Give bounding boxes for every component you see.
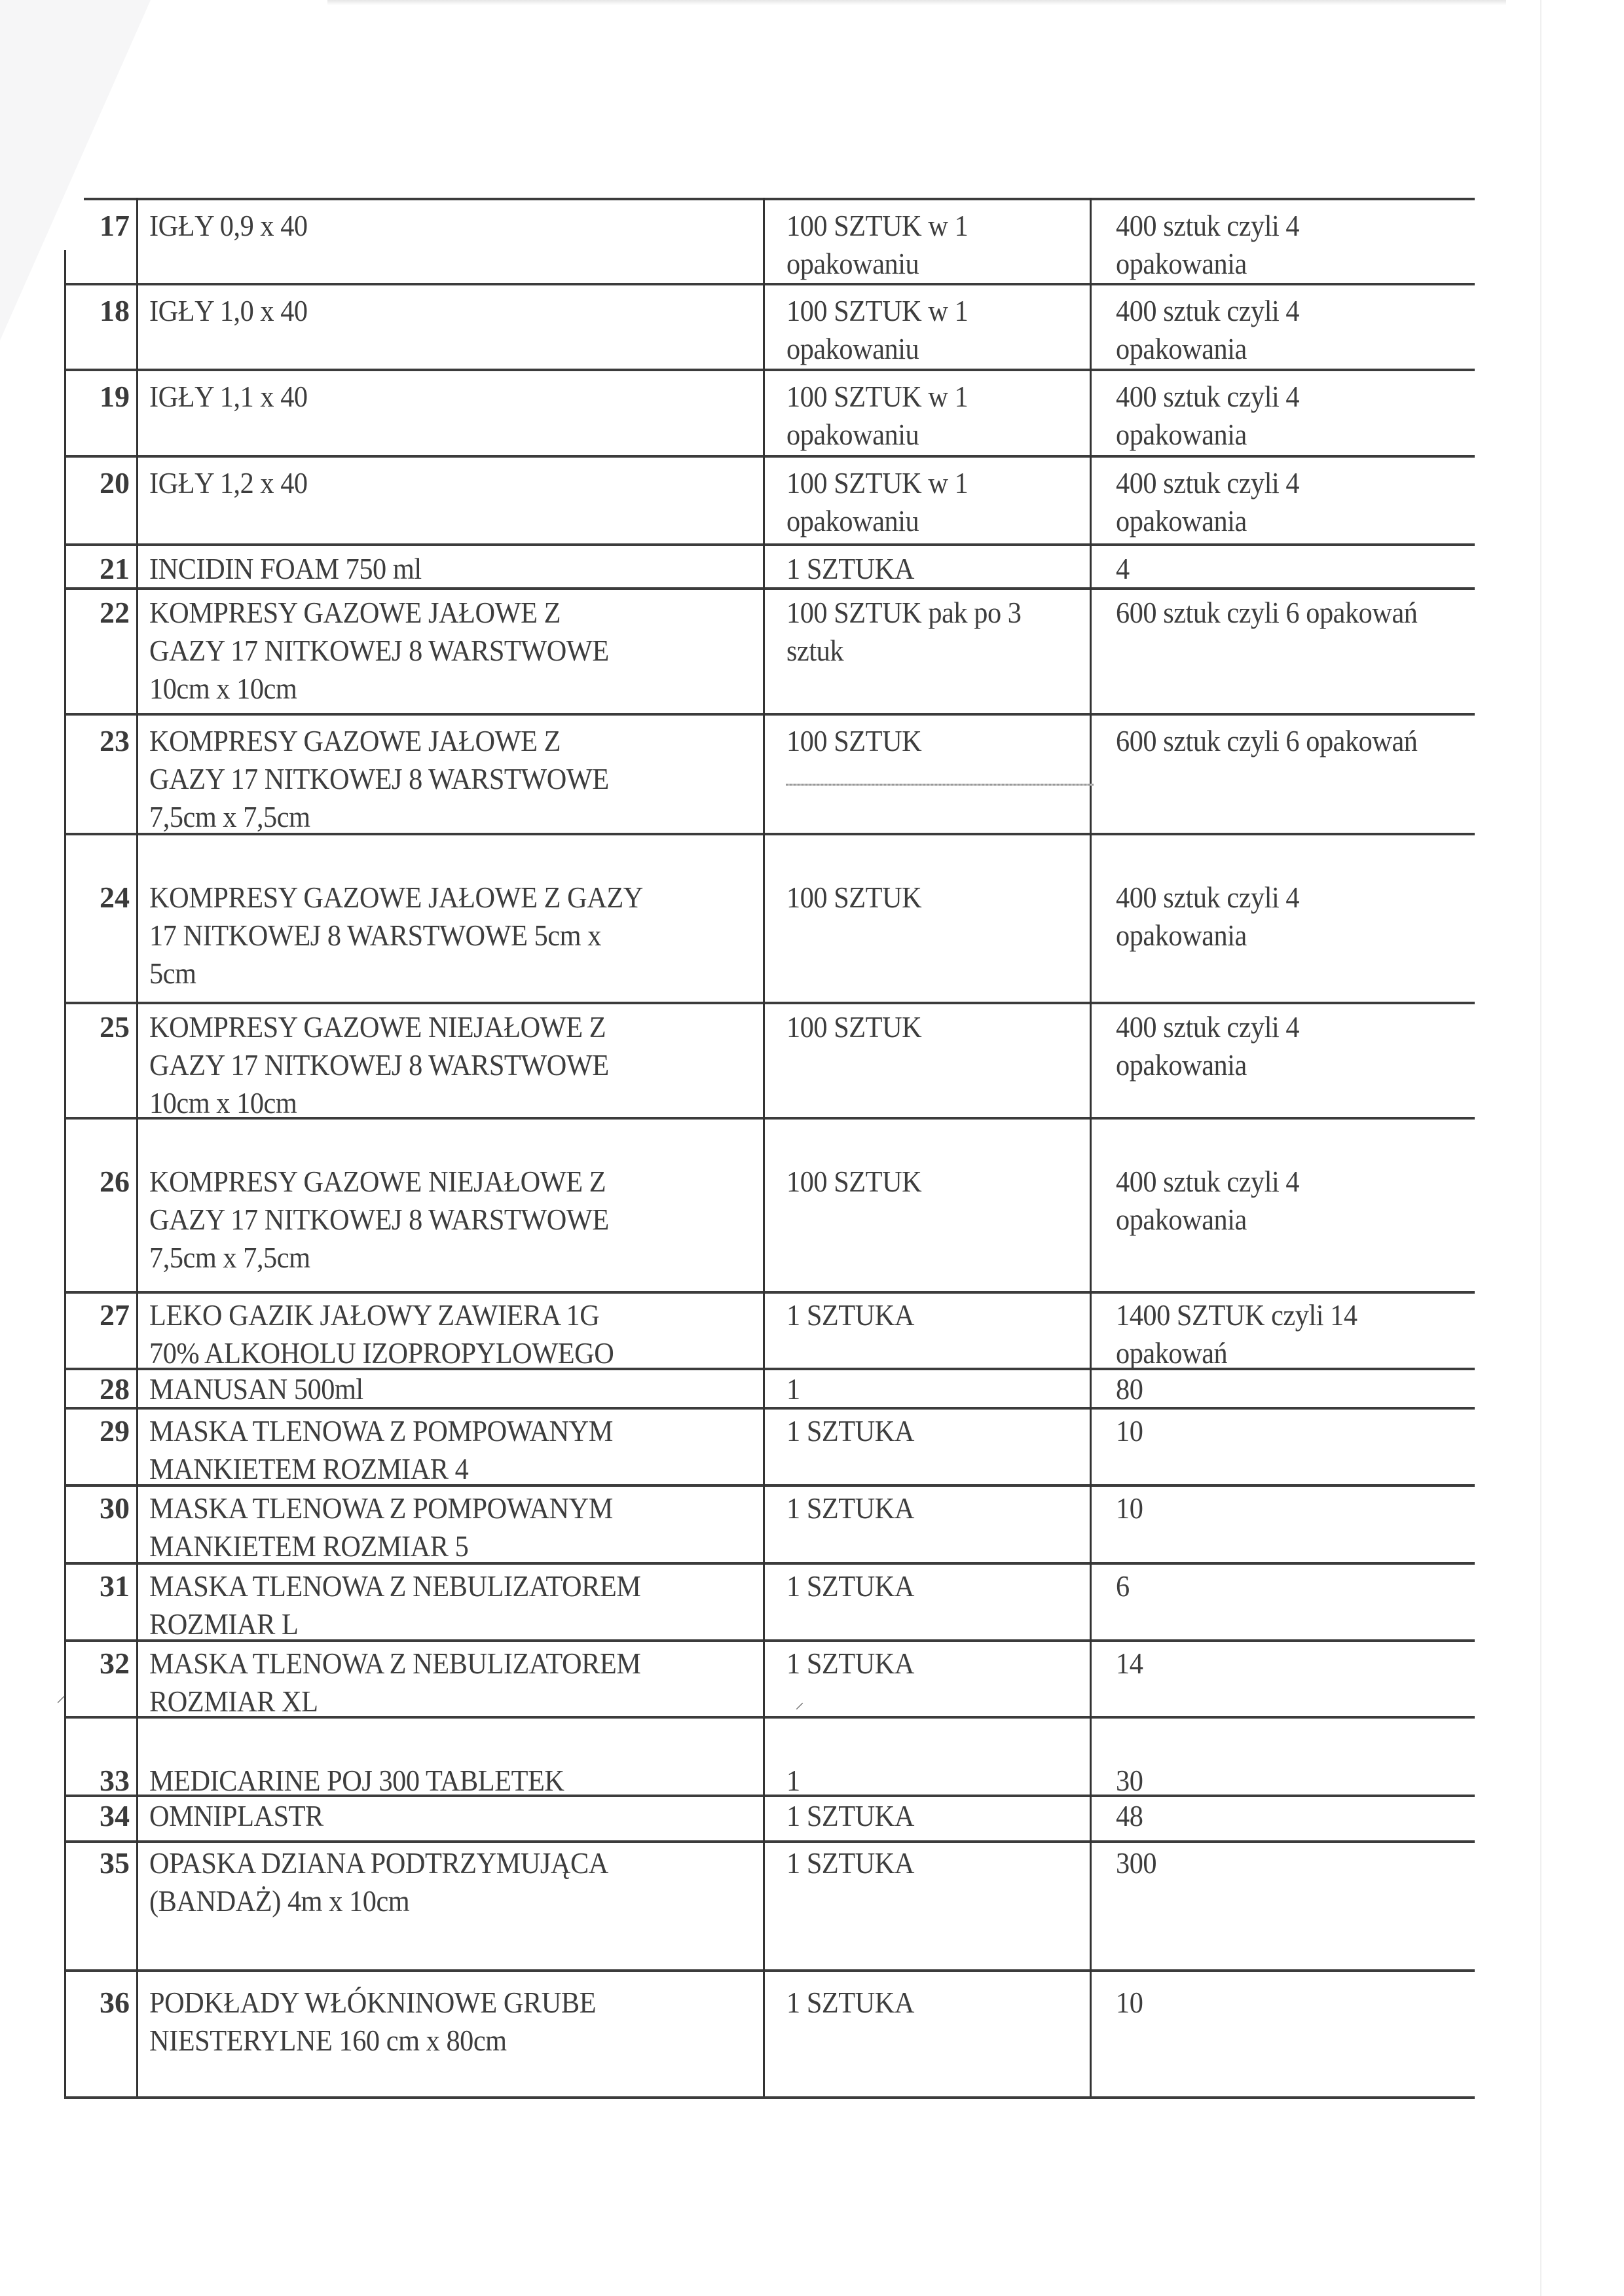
item-quantity: 4: [1116, 550, 1502, 588]
item-unit: 1 SZTUKA: [786, 1844, 1088, 1882]
row-border: [64, 1291, 1475, 1294]
item-quantity: 300: [1116, 1844, 1502, 1882]
row-number: 36: [71, 1984, 130, 2022]
row-number: 28: [71, 1370, 130, 1408]
item-unit: 1 SZTUKA: [786, 1296, 1088, 1334]
row-border: [64, 1840, 1475, 1843]
item-quantity: 80: [1116, 1370, 1502, 1408]
row-number: 18: [71, 292, 130, 330]
item-unit: 1: [786, 1762, 1088, 1800]
item-name: KOMPRESY GAZOWE JAŁOWE Z GAZY 17 NITKOWE…: [149, 722, 776, 836]
item-quantity: 1400 SZTUK czyli 14 opakowań: [1116, 1296, 1502, 1372]
items-table: 17IGŁY 0,9 x 40100 SZTUK w 1 opakowaniu4…: [0, 0, 1624, 2296]
item-quantity: 400 sztuk czyli 4 opakowania: [1116, 292, 1502, 368]
item-name: MANUSAN 500ml: [149, 1370, 776, 1408]
item-quantity: 10: [1116, 1412, 1502, 1450]
scan-underline-mark: [786, 784, 1094, 786]
row-border: [84, 198, 1475, 200]
row-number: 34: [71, 1797, 130, 1835]
row-number: 27: [71, 1296, 130, 1334]
row-border: [64, 455, 1475, 458]
item-unit: 100 SZTUK w 1 opakowaniu: [786, 378, 1088, 454]
item-name: PODKŁADY WŁÓKNINOWE GRUBE NIESTERYLNE 16…: [149, 1984, 776, 2060]
item-quantity: 400 sztuk czyli 4 opakowania: [1116, 207, 1502, 283]
row-number: 23: [71, 722, 130, 760]
item-unit: 100 SZTUK: [786, 1163, 1088, 1201]
item-name: MASKA TLENOWA Z NEBULIZATOREM ROZMIAR L: [149, 1567, 776, 1643]
item-unit: 1 SZTUKA: [786, 1489, 1088, 1527]
row-border: [64, 283, 1475, 285]
item-unit: 100 SZTUK: [786, 722, 1088, 760]
item-name: IGŁY 1,0 x 40: [149, 292, 776, 330]
scan-mark: ⸝: [795, 1689, 804, 1714]
item-name: INCIDIN FOAM 750 ml: [149, 550, 776, 588]
item-name: OPASKA DZIANA PODTRZYMUJĄCA (BANDAŻ) 4m …: [149, 1844, 776, 1920]
row-number: 32: [71, 1645, 130, 1683]
row-number: 20: [71, 464, 130, 502]
item-quantity: 30: [1116, 1762, 1502, 1800]
item-quantity: 600 sztuk czyli 6 opakowań: [1116, 594, 1502, 632]
item-unit: 1 SZTUKA: [786, 1797, 1088, 1835]
row-border: [64, 1969, 1475, 1972]
item-unit: 1 SZTUKA: [786, 550, 1088, 588]
item-name: IGŁY 1,2 x 40: [149, 464, 776, 502]
row-number: 26: [71, 1163, 130, 1201]
item-unit: 100 SZTUK w 1 opakowaniu: [786, 207, 1088, 283]
item-name: MASKA TLENOWA Z POMPOWANYM MANKIETEM ROZ…: [149, 1412, 776, 1488]
item-unit: 100 SZTUK: [786, 879, 1088, 917]
row-border: [64, 543, 1475, 546]
item-name: OMNIPLASTR: [149, 1797, 776, 1835]
item-quantity: 400 sztuk czyli 4 opakowania: [1116, 1008, 1502, 1084]
item-name: IGŁY 1,1 x 40: [149, 378, 776, 416]
item-unit: 1: [786, 1370, 1088, 1408]
item-quantity: 14: [1116, 1645, 1502, 1683]
row-number: 29: [71, 1412, 130, 1450]
row-number: 19: [71, 378, 130, 416]
row-number: 21: [71, 550, 130, 588]
item-quantity: 400 sztuk czyli 4 opakowania: [1116, 464, 1502, 540]
row-number: 24: [71, 879, 130, 917]
item-name: MASKA TLENOWA Z POMPOWANYM MANKIETEM ROZ…: [149, 1489, 776, 1565]
item-quantity: 400 sztuk czyli 4 opakowania: [1116, 378, 1502, 454]
item-quantity: 400 sztuk czyli 4 opakowania: [1116, 879, 1502, 955]
row-border: [64, 713, 1475, 716]
row-number: 35: [71, 1844, 130, 1882]
item-unit: 100 SZTUK w 1 opakowaniu: [786, 292, 1088, 368]
item-unit: 100 SZTUK w 1 opakowaniu: [786, 464, 1088, 540]
column-border-number: [136, 198, 138, 2096]
item-unit: 1 SZTUKA: [786, 1984, 1088, 2022]
item-quantity: 48: [1116, 1797, 1502, 1835]
row-border: [64, 2096, 1475, 2099]
item-name: KOMPRESY GAZOWE JAŁOWE Z GAZY 17 NITKOWE…: [149, 594, 776, 708]
item-quantity: 6: [1116, 1567, 1502, 1605]
scan-mark: ⸝: [56, 1683, 65, 1707]
item-name: LEKO GAZIK JAŁOWY ZAWIERA 1G 70% ALKOHOL…: [149, 1296, 776, 1372]
item-name: KOMPRESY GAZOWE NIEJAŁOWE Z GAZY 17 NITK…: [149, 1008, 776, 1122]
row-number: 25: [71, 1008, 130, 1046]
item-unit: 100 SZTUK: [786, 1008, 1088, 1046]
column-border-left: [64, 250, 66, 2096]
item-quantity: 600 sztuk czyli 6 opakowań: [1116, 722, 1502, 760]
item-quantity: 10: [1116, 1984, 1502, 2022]
item-name: MASKA TLENOWA Z NEBULIZATOREM ROZMIAR XL: [149, 1645, 776, 1721]
row-number: 30: [71, 1489, 130, 1527]
item-unit: 1 SZTUKA: [786, 1412, 1088, 1450]
column-border-qty: [1090, 198, 1092, 2096]
row-border: [64, 1002, 1475, 1004]
item-name: KOMPRESY GAZOWE NIEJAŁOWE Z GAZY 17 NITK…: [149, 1163, 776, 1277]
row-border: [64, 369, 1475, 371]
row-number: 17: [71, 207, 130, 245]
item-quantity: 400 sztuk czyli 4 opakowania: [1116, 1163, 1502, 1239]
item-unit: 100 SZTUK pak po 3 sztuk: [786, 594, 1088, 670]
row-number: 22: [71, 594, 130, 632]
item-quantity: 10: [1116, 1489, 1502, 1527]
row-number: 31: [71, 1567, 130, 1605]
item-unit: 1 SZTUKA: [786, 1645, 1088, 1683]
item-name: KOMPRESY GAZOWE JAŁOWE Z GAZY 17 NITKOWE…: [149, 879, 776, 993]
item-name: IGŁY 0,9 x 40: [149, 207, 776, 245]
item-unit: 1 SZTUKA: [786, 1567, 1088, 1605]
item-name: MEDICARINE POJ 300 TABLETEK: [149, 1762, 776, 1800]
row-number: 33: [71, 1762, 130, 1800]
